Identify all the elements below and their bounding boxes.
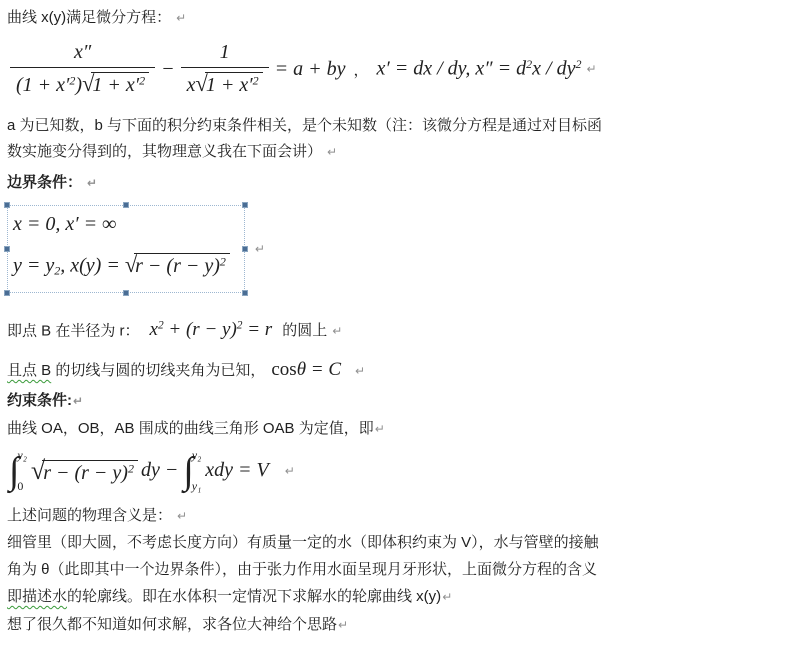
selection-handle[interactable] bbox=[4, 246, 10, 252]
fraction-1-numerator: x″ bbox=[10, 41, 155, 67]
boundary-equation-row: x = 0, x′ = ∞ y = y2, x(y) = √r − (r − y… bbox=[7, 205, 794, 293]
paragraph-mark-icon: ↵ bbox=[355, 364, 365, 378]
paragraph-mark-icon: ↵ bbox=[285, 464, 295, 478]
paragraph-mark-icon: ↵ bbox=[255, 242, 265, 256]
fraction-2-numerator: 1 bbox=[181, 41, 269, 67]
fraction-2-denominator: x√1 + x′2 bbox=[181, 67, 269, 97]
integral-1-lower: 0 bbox=[17, 479, 27, 494]
sqrt-1: √1 + x′2 bbox=[82, 74, 149, 96]
paragraph-mark-icon: ↵ bbox=[338, 618, 348, 632]
physics-heading: 上述问题的物理含义是：↵ bbox=[7, 503, 794, 529]
ode-formula: x″ (1 + x′2)√1 + x′2 − 1 x√1 + x′2 = a +… bbox=[10, 41, 794, 97]
fraction-2: 1 x√1 + x′2 bbox=[181, 41, 269, 97]
cos-equation: cosθ = C bbox=[271, 359, 341, 380]
document: 曲线 x(y)满足微分方程：↵ x″ (1 + x′2)√1 + x′2 − 1… bbox=[0, 0, 800, 639]
paragraph-mark-icon: ↵ bbox=[332, 324, 342, 338]
selection-handle[interactable] bbox=[242, 202, 248, 208]
minus-operator: − bbox=[161, 58, 175, 81]
grammar-flagged-text: 即描述水 bbox=[7, 588, 67, 605]
constraint-intro: 曲线 OA，OB，AB 围成的曲线三角形 OAB 为定值，即↵ bbox=[7, 416, 794, 442]
ode-rhs: = a + by bbox=[275, 58, 346, 81]
integral-formula: ∫ y₂0 √r − (r − y)2 dy − ∫ y₂y₁ xdy = V … bbox=[9, 448, 794, 494]
selection-handle[interactable] bbox=[242, 290, 248, 296]
integral-2: ∫ y₂y₁ bbox=[183, 448, 205, 494]
integral-1-dy: dy bbox=[141, 459, 160, 482]
paragraph-mark-icon: ↵ bbox=[87, 176, 97, 190]
integral-2-lower: y₁ bbox=[192, 479, 202, 494]
ab-paragraph-line2: 数实施变分得到的，其物理意义我在下面会讲）↵ bbox=[7, 139, 794, 165]
integral-tail: xdy = V bbox=[205, 459, 268, 482]
paragraph-mark-icon: ↵ bbox=[176, 11, 186, 25]
selection-handle[interactable] bbox=[4, 290, 10, 296]
boundary-eq2: y = y2, x(y) = √r − (r − y)2 bbox=[13, 246, 230, 286]
selection-handle[interactable] bbox=[123, 290, 129, 296]
paragraph-mark-icon: ↵ bbox=[327, 145, 337, 159]
selected-equation-box[interactable]: x = 0, x′ = ∞ y = y2, x(y) = √r − (r − y… bbox=[7, 205, 245, 293]
boundary-eq1: x = 0, x′ = ∞ bbox=[13, 209, 230, 239]
physics-line1: 细管里（即大圆，不考虑长度方向）有质量一定的水（即体积约束为 V），水与管壁的接… bbox=[7, 529, 794, 556]
paragraph-mark-icon: ↵ bbox=[586, 62, 596, 76]
fraction-1: x″ (1 + x′2)√1 + x′2 bbox=[10, 41, 155, 97]
integral-minus: − bbox=[165, 459, 179, 482]
selection-handle[interactable] bbox=[123, 202, 129, 208]
sqrt-3: √r − (r − y)2 bbox=[125, 255, 230, 277]
physics-line3: 即描述水的轮廓线。即在水体积一定情况下求解水的轮廓曲线 x(y)↵ bbox=[7, 583, 794, 611]
intro-line: 曲线 x(y)满足微分方程：↵ bbox=[7, 5, 794, 31]
circle-equation: x2 + (r − y)2 = r bbox=[150, 319, 273, 340]
selection-handle[interactable] bbox=[4, 202, 10, 208]
sqrt-4: √r − (r − y)2 bbox=[31, 456, 138, 486]
paragraph-mark-icon: ↵ bbox=[73, 394, 83, 408]
physics-line4: 想了很久都不知道如何求解，求各位大神给个思路↵ bbox=[7, 611, 794, 639]
ode-definitions: x′ = dx / dy, x″ = d2x / dy2 bbox=[376, 57, 581, 81]
integral-1: ∫ y₂0 bbox=[9, 448, 31, 494]
boundary-heading: 边界条件：↵ bbox=[7, 170, 794, 196]
fraction-1-denominator: (1 + x′2)√1 + x′2 bbox=[10, 67, 155, 97]
grammar-flagged-text: 且点 B bbox=[7, 362, 51, 379]
intro-text: 曲线 x(y)满足微分方程： bbox=[7, 9, 171, 26]
sqrt-2: √1 + x′2 bbox=[196, 74, 263, 96]
paragraph-mark-icon: ↵ bbox=[177, 509, 187, 523]
ab-paragraph-line1: a 为已知数，b 与下面的积分约束条件相关，是个未知数（注：该微分方程是通过对目… bbox=[7, 113, 794, 139]
integral-1-upper: y₂ bbox=[17, 448, 27, 463]
selection-handle[interactable] bbox=[242, 246, 248, 252]
paragraph-mark-icon: ↵ bbox=[375, 422, 385, 436]
ode-comma: ， bbox=[353, 59, 368, 80]
circle-line: 即点 B 在半径为 r：x2 + (r − y)2 = r的圆上↵ bbox=[7, 309, 794, 348]
constraint-heading: 约束条件:↵ bbox=[7, 388, 794, 414]
physics-line2: 角为 θ（此即其中一个边界条件），由于张力作用水面呈现月牙形状，上面微分方程的含… bbox=[7, 556, 794, 583]
tangent-line: 且点 B 的切线与圆的切线夹角为已知，cosθ = C↵ bbox=[7, 356, 794, 385]
ab-paragraph: a 为已知数，b 与下面的积分约束条件相关，是个未知数（注：该微分方程是通过对目… bbox=[7, 113, 794, 165]
paragraph-mark-icon: ↵ bbox=[442, 590, 452, 604]
integral-2-upper: y₂ bbox=[192, 448, 202, 463]
